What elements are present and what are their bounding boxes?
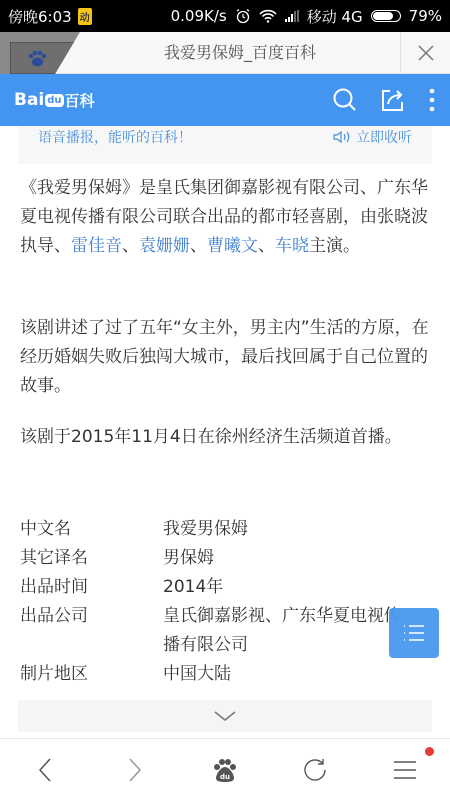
- chevron-down-icon: [213, 710, 237, 722]
- info-value: 我爱男保姆: [163, 515, 434, 544]
- wifi-icon: [259, 9, 277, 23]
- more-icon[interactable]: [428, 87, 436, 113]
- voice-broadcast-banner: 语音播报，能听的百科！ 立即收听: [18, 126, 432, 164]
- tab-thumbnail[interactable]: [0, 32, 80, 74]
- basic-info-table: 中文名我爱男保姆 其它译名男保姆 出品时间2014年 出品公司皇氏御嘉影视、广东…: [20, 515, 434, 689]
- list-icon: [402, 622, 426, 644]
- alarm-icon: [235, 8, 251, 24]
- info-row: 中文名我爱男保姆: [20, 515, 434, 544]
- info-row: 出品公司皇氏御嘉影视、广东华夏电视传播有限公司: [20, 602, 434, 660]
- info-value: 男保姆: [163, 544, 434, 573]
- baidu-paw-icon: [26, 50, 48, 72]
- info-value: 2014年: [163, 573, 434, 602]
- notification-badge: 动: [78, 8, 92, 25]
- intro-paragraph-3: 该剧于2015年11月4日在徐州经济生活频道首播。: [20, 423, 434, 452]
- intro-paragraph-2: 该剧讲述了过了五年“女主外，男主内”生活的方原，在经历婚姻失败后独闯大城市，最后…: [20, 314, 434, 401]
- forward-icon: [127, 757, 143, 783]
- tab-title[interactable]: 我爱男保姆_百度百科: [80, 32, 400, 74]
- actor-link[interactable]: 曹曦文: [207, 236, 258, 256]
- info-row: 制片地区中国大陆: [20, 660, 434, 689]
- info-value: 中国大陆: [163, 660, 434, 689]
- baike-header: Bai du 百科: [0, 74, 450, 126]
- logo-text-bai: Bai: [14, 90, 44, 110]
- separator: 、: [258, 236, 275, 256]
- baidu-baike-logo[interactable]: Bai du 百科: [14, 90, 95, 111]
- signal-icon: [285, 10, 299, 22]
- intro-text-end: 主演。: [309, 236, 360, 256]
- table-of-contents-button[interactable]: [389, 608, 439, 658]
- separator: 、: [122, 236, 139, 256]
- back-button[interactable]: [0, 739, 90, 800]
- close-icon: [417, 44, 435, 62]
- svg-text:du: du: [220, 773, 230, 781]
- battery-icon: [371, 10, 401, 22]
- net-speed: 0.09K/s: [171, 7, 227, 25]
- browser-tab-bar: 我爱男保姆_百度百科: [0, 32, 450, 74]
- refresh-button[interactable]: [270, 739, 360, 800]
- browser-bottom-nav: du: [0, 738, 450, 800]
- actor-link[interactable]: 车晓: [275, 236, 309, 256]
- search-icon[interactable]: [332, 87, 358, 113]
- voice-banner-text: 语音播报，能听的百科！: [38, 126, 192, 150]
- separator: 、: [190, 236, 207, 256]
- logo-du: du: [45, 94, 63, 107]
- expand-info-button[interactable]: [18, 700, 432, 732]
- actor-link[interactable]: 袁姗姗: [139, 236, 190, 256]
- intro-paragraph-1: 《我爱男保姆》是皇氏集团御嘉影视有限公司、广东华夏电视传播有限公司联合出品的都市…: [20, 174, 434, 261]
- battery-level: 79%: [409, 7, 442, 25]
- refresh-icon: [302, 757, 328, 783]
- info-row: 出品时间2014年: [20, 573, 434, 602]
- menu-icon: [393, 760, 417, 780]
- carrier: 移动 4G: [307, 6, 363, 27]
- listen-now-button[interactable]: 立即收听: [332, 126, 412, 150]
- forward-button[interactable]: [90, 739, 180, 800]
- actor-link[interactable]: 雷佳音: [71, 236, 122, 256]
- logo-text-baike: 百科: [65, 90, 95, 111]
- back-icon: [37, 757, 53, 783]
- baidu-home-button[interactable]: du: [180, 739, 270, 800]
- info-key: 出品时间: [20, 573, 163, 602]
- status-bar: 傍晚6:03 动 0.09K/s 移动 4G 79%: [0, 0, 450, 32]
- info-key: 出品公司: [20, 602, 163, 660]
- menu-button[interactable]: [360, 739, 450, 800]
- info-key: 制片地区: [20, 660, 163, 689]
- info-key: 其它译名: [20, 544, 163, 573]
- baidu-home-icon: du: [212, 757, 238, 783]
- info-row: 其它译名男保姆: [20, 544, 434, 573]
- close-tab-button[interactable]: [400, 32, 450, 74]
- listen-now-label: 立即收听: [356, 130, 412, 146]
- info-key: 中文名: [20, 515, 163, 544]
- share-icon[interactable]: [380, 87, 406, 113]
- status-time: 傍晚6:03: [8, 6, 72, 27]
- notification-dot: [425, 747, 434, 756]
- speaker-icon: [332, 130, 352, 144]
